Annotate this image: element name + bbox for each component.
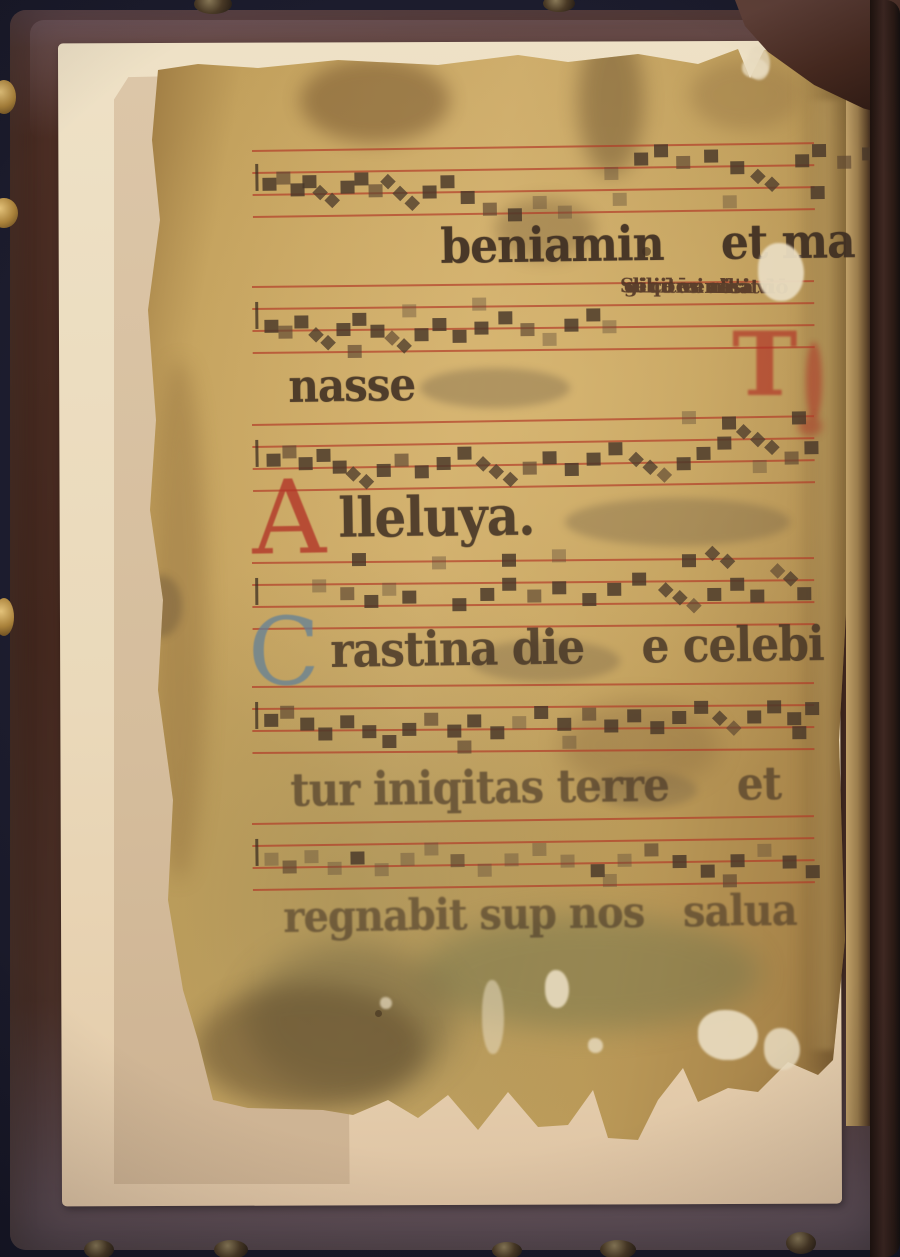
illuminated-initial-a: A: [251, 467, 326, 570]
loss-patch: [588, 1038, 603, 1053]
loss-patch: [748, 46, 770, 80]
manuscript-photo: beniamin et ma nasse lleluya. rastina di…: [0, 0, 900, 1257]
chant-text-line: nasse: [288, 358, 415, 413]
metal-boss: [492, 1242, 522, 1257]
chant-text-line: rastina die e celebi: [330, 617, 824, 679]
chant-text-line: regnabit sup nos salua: [283, 885, 797, 943]
loss-patch: [545, 970, 569, 1008]
illuminated-initial-c: C: [248, 606, 320, 700]
leather-cover-right-edge: [870, 0, 900, 1257]
metal-boss: [786, 1232, 816, 1254]
chant-text-layer: beniamin et ma nasse lleluya. rastina di…: [0, 0, 900, 1257]
rubric-line: cōminica: [620, 273, 752, 298]
metal-boss: [84, 1240, 114, 1257]
metal-boss: [600, 1240, 636, 1257]
metal-boss: [214, 1240, 248, 1257]
chant-text-line: lleluya.: [338, 483, 535, 549]
loss-patch: [482, 980, 504, 1054]
loss-patch: [764, 1028, 800, 1070]
chant-text-line: tur iniqitas terre et: [290, 757, 781, 817]
loss-patch: [758, 243, 804, 301]
loss-patch: [698, 1010, 758, 1060]
margin-initial-t: T: [732, 320, 797, 408]
loss-patch: [380, 997, 392, 1009]
